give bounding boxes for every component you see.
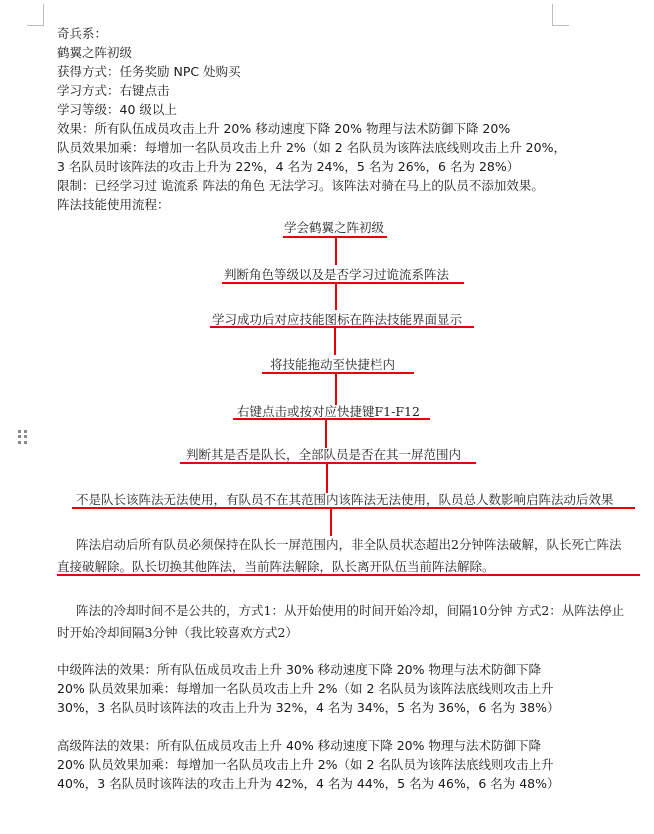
flow-underline-final [57,574,640,576]
acquire-method: 获得方式：任务奖励 NPC 处购买 [57,62,241,81]
flow-connector-4 [335,373,337,405]
intermediate-line-1: 中级阵法的效果：所有队伍成员攻击上升 30% 移动速度下降 20% 物理与法术防… [57,660,541,679]
flow-step-7: 不是队长该阵法无法使用，有队员不在其范围内该阵法无法使用，队员总人数影响启阵法动… [76,490,614,508]
flow-connector-6 [326,463,328,493]
advanced-line-2: 20% 队员效果加乘：每增加一名队员攻击上升 2%（如 2 名队员为该阵法底线则… [57,755,553,774]
bonus-text-line2: 3 名队员时该阵法的攻击上升为 22%，4 名为 24%，5 名为 26%，6 … [57,157,519,176]
advanced-line-1: 高级阵法的效果：所有队伍成员攻击上升 40% 移动速度下降 20% 物理与法术防… [57,736,541,755]
flow-underline-2 [222,282,464,284]
drag-handle-icon[interactable] [18,430,26,444]
flow-connector-7 [330,508,332,536]
flow-step-4: 将技能拖动至快捷栏内 [270,355,395,373]
bonus-text-line1: 队员效果加乘：每增加一名队员攻击上升 2%（如 2 名队员为该阵法底线则攻击上升… [57,138,566,157]
cooldown-paragraph: 阵法的冷却时间不是公共的，方式1：从开始使用的时间开始冷却，间隔10分钟 方式2… [57,600,647,644]
flow-title: 阵法技能使用流程： [57,195,170,214]
formation-name: 鹤翼之阵初级 [57,43,132,62]
restriction-text: 限制：已经学习过 诡流系 阵法的角色 无法学习。该阵法对骑在马上的队员不添加效果… [57,176,544,195]
flow-underline-5 [233,418,430,420]
cooldown-line-2: 时开始冷却间隔3分钟（我比较喜欢方式2） [57,622,647,644]
advanced-line-3: 40%，3 名队员时该阵法的攻击上升为 42%，4 名为 44%，5 名为 46… [57,774,560,793]
flow-step-1: 学会鹤翼之阵初级 [284,218,384,236]
intermediate-line-2: 20% 队员效果加乘：每增加一名队员攻击上升 2%（如 2 名队员为该阵法底线则… [57,679,553,698]
effect-text: 效果：所有队伍成员攻击上升 20% 移动速度下降 20% 物理与法术防御下降 2… [57,119,510,138]
intermediate-line-3: 30%，3 名队员时该阵法的攻击上升为 32%，4 名为 34%，5 名为 36… [57,698,560,717]
margin-mark-top-right-vertical [552,4,553,25]
flow-connector-5 [325,419,327,448]
flow-final-step: 阵法启动后所有队员必须保持在队长一屏范围内，非全队员状态超出2分钟阵法破解，队长… [57,534,647,578]
margin-mark-top-right-horizontal [552,25,569,26]
flow-final-line-1: 阵法启动后所有队员必须保持在队长一屏范围内，非全队员状态超出2分钟阵法破解，队长… [57,534,647,556]
flow-connector-3 [334,327,336,355]
flow-underline-3 [210,326,474,328]
flow-underline-6 [180,462,476,464]
category-label: 奇兵系： [57,24,107,43]
learn-method: 学习方式：右键点击 [57,81,170,100]
margin-mark-top-left-vertical [43,4,44,25]
learn-level: 学习等级：40 级以上 [57,100,177,119]
margin-mark-top-left-horizontal [27,25,44,26]
flow-underline-7 [72,507,635,509]
flow-connector-1 [335,237,337,265]
flow-step-2: 判断角色等级以及是否学习过诡流系阵法 [224,265,449,283]
flow-underline-4 [262,372,414,374]
flow-connector-2 [335,283,337,310]
cooldown-line-1: 阵法的冷却时间不是公共的，方式1：从开始使用的时间开始冷却，间隔10分钟 方式2… [57,600,647,622]
flow-step-6: 判断其是否是队长，全部队员是否在其一屏范围内 [186,445,461,463]
